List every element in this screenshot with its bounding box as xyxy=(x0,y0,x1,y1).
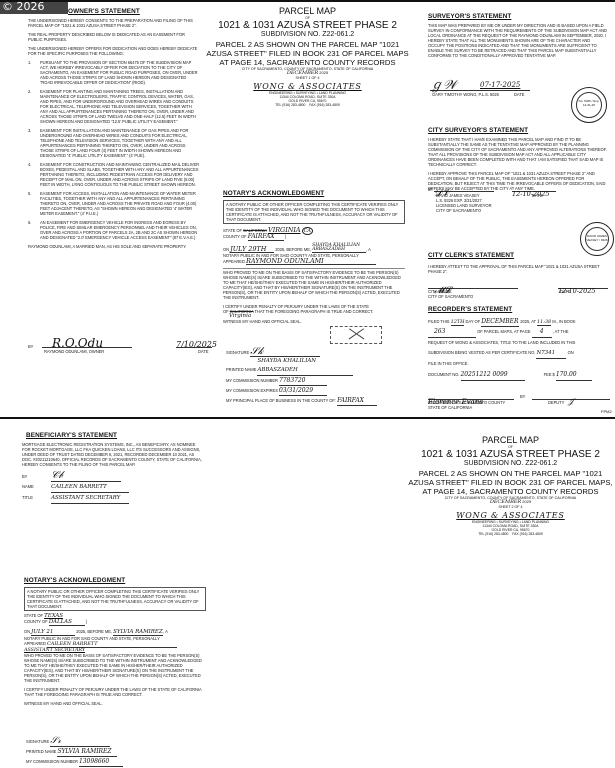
notary-1-notary-name: Shayda Khalilian Abbaszadeh xyxy=(312,244,366,253)
recorders-heading: RECORDER'S STATEMENT xyxy=(428,306,613,313)
owner-line: RAYMOND ODUNLAMI, A MARRIED MAN, AS HIS … xyxy=(28,244,200,249)
dedication-item: 6.AN EASEMENT FOR EMERGENCY VEHICLE FOR … xyxy=(28,220,200,240)
notary-2-appeared: CAILEEN BARRETT xyxy=(47,641,177,648)
notary-2-date: JULY 21 xyxy=(31,629,75,636)
dedication-item-number: 1. xyxy=(28,60,40,85)
deputy-caption: DEPUTY xyxy=(548,400,564,405)
recorder-day-of: DAY OF xyxy=(466,319,481,324)
notary-1-signature: 𝒮𝓀 xyxy=(250,347,320,357)
title-parcel-line-2: AZUSA STREET" FILED IN BOOK 231 OF PARCE… xyxy=(197,49,418,58)
notary-1-signature-label: SIGNATURE xyxy=(226,350,249,355)
city-clerk-date-line: 12-10-2025 xyxy=(558,280,608,289)
city-clerk-signature-block: 𝓜𝓛 12-10-2025 CITY CLERK CITY OF SACRAME… xyxy=(428,280,610,298)
owner-caption: RAYMOND ODUNLAMI, OWNER xyxy=(44,349,104,354)
notary-1-county: Fairfax xyxy=(248,234,284,241)
title-sheet: SHEET 1 OF 4 xyxy=(205,76,410,80)
notary-2-commission-number: 13098660 xyxy=(79,757,123,767)
surveyor-signature-block: ℊ𝒲 07-17-2025 GARY TIMOTHY WONG, P.L.S. … xyxy=(430,78,540,98)
owner-date-caption: DATE xyxy=(198,349,208,354)
notary-2-county: DALLAS xyxy=(49,619,85,626)
notary-1-before-me: 2025, BEFORE ME, xyxy=(275,247,311,252)
notary-2-body: WHO PROVED TO ME ON THE BASIS OF SATISFA… xyxy=(24,653,206,683)
title-2-parcel-line-3: AT PAGE 14, SACRAMENTO COUNTY RECORDS xyxy=(408,487,613,496)
title-subdivision: SUBDIVISION NO. Z22-061.2 xyxy=(205,31,410,38)
notary-1-printed-name-label: PRINTED NAME xyxy=(226,367,256,372)
owners-statement-heading: OWNER'S STATEMENT xyxy=(68,8,200,15)
beneficiary-body: MORTGAGE ELECTRONIC REGISTRATION SYSTEMS… xyxy=(22,442,204,467)
city-clerks-statement: CITY CLERK'S STATEMENT I HEREBY ATTEST T… xyxy=(428,252,610,274)
owners-statement: OWNER'S STATEMENT THE UNDERSIGNED HEREBY… xyxy=(28,8,200,249)
city-surveyor-by: BY xyxy=(428,187,433,192)
recorder-state: STATE OF CALIFORNIA xyxy=(428,405,472,410)
recorder-by: BY xyxy=(520,394,525,399)
notary-2-appeared-label: APPEARED xyxy=(24,641,46,646)
dedication-item-number: 4. xyxy=(28,162,40,187)
sheet-code: FPM2 xyxy=(601,409,612,414)
dedication-item-text: AN EASEMENT FOR EMERGENCY VEHICLE FOR IN… xyxy=(40,220,200,240)
notary-2-on-label: ON xyxy=(24,629,30,634)
dedication-list: 1.PURSUANT TO THE PROVISION OF SECTION 6… xyxy=(28,60,200,240)
dedication-item-text: EASEMENT FOR INSTALLATION AND MAINTENANC… xyxy=(40,128,200,158)
title-parcel-line-3: AT PAGE 14, SACRAMENTO COUNTY RECORDS xyxy=(205,58,410,67)
city-surveyor-signature-line: 𝒟𝒱 xyxy=(434,183,494,192)
notary-1-commission-number: 7783720 xyxy=(279,376,327,386)
recorder-certificate-no: N7341 xyxy=(536,348,566,359)
dedication-item-text: EASEMENT FOR PLANTING AND MAINTAINING TR… xyxy=(40,89,200,124)
surveyors-statement-heading: SURVEYOR'S STATEMENT xyxy=(428,13,608,20)
notary-1-county-label: COUNTY OF xyxy=(223,234,247,239)
notary-2-witness: WITNESS MY HAND AND OFFICIAL SEAL. xyxy=(24,701,206,706)
city-surveyor-date: 12-10-2025 xyxy=(512,190,549,198)
notary-2-before-me: 2025, BEFORE ME, xyxy=(76,629,112,634)
firm-phone: TEL (916) 283-4800 xyxy=(275,103,305,107)
city-surveyor-seal-text: DAVID JAMES VEASEY / 9326 xyxy=(585,227,609,251)
recorder-request-line: REQUEST OF WONG & ASSOCIATES, TITLE TO T… xyxy=(428,338,613,348)
recorder-book: 263 xyxy=(428,327,476,338)
notary-1-on-label: ON xyxy=(223,247,229,252)
city-clerk-signature-line: 𝓜𝓛 xyxy=(428,280,518,289)
recorder-fee-label: FEE $ xyxy=(544,372,555,377)
notary-2-county-label: COUNTY OF xyxy=(24,619,48,624)
beneficiary-statement: BENEFICIARY'S STATEMENT MORTGAGE ELECTRO… xyxy=(22,432,204,504)
notary-1-seal xyxy=(330,326,382,344)
notary-2-commission-number-label: MY COMMISSION NUMBER xyxy=(26,759,78,764)
city-surveyors-statement: CITY SURVEYOR'S STATEMENT I HEREBY STATE… xyxy=(428,127,610,191)
notary-2-heading: NOTARY'S ACKNOWLEDGMENT xyxy=(24,577,206,584)
surveyor-seal-text: No. 5026 / Exp. 12-31-25 xyxy=(576,92,602,118)
dedication-item-text: PURSUANT TO THE PROVISION OF SECTION 664… xyxy=(40,60,200,85)
surveyors-body: THIS MAP WAS PREPARED BY ME OR UNDER MY … xyxy=(428,23,608,58)
city-clerks-heading: CITY CLERK'S STATEMENT xyxy=(428,252,610,259)
recorder-doc-label: DOCUMENT NO. xyxy=(428,372,459,377)
surveyor-signature: ℊ𝒲 xyxy=(430,74,457,93)
notary-1-state-label: STATE OF xyxy=(223,228,242,233)
dedication-item-text: EASEMENT FOR ACCESS, INSTALLATION AND MA… xyxy=(40,191,200,216)
dedication-item-number: 6. xyxy=(28,220,40,240)
notary-1-certify-line-2: THAT THE FOREGOING PARAGRAPH IS TRUE AND… xyxy=(255,309,374,314)
notary-2-printed-name-label: PRINTED NAME xyxy=(26,749,56,754)
notary-2-printed-name: Sylvia Ramirez xyxy=(57,747,117,757)
firm-name: WONG & ASSOCIATES xyxy=(205,82,410,91)
notary-1-commission-expires-label: MY COMMISSION EXPIRES xyxy=(226,388,278,393)
recorder-month: December xyxy=(481,318,519,327)
beneficiary-name-label: NAME xyxy=(22,482,50,492)
recorder-at-the: , AT THE xyxy=(553,329,569,334)
notary-2-signature-label: SIGNATURE xyxy=(26,739,49,744)
owner-date-line: 7/10/2025 xyxy=(176,334,212,348)
city-surveyor-signature-block: BY 𝒟𝒱 12-10-2025 DATE DAVID JAMES VEASEY… xyxy=(428,183,568,223)
city-clerk-org: CITY OF SACRAMENTO xyxy=(428,294,473,299)
surveyor-signature-line: ℊ𝒲 07-17-2025 xyxy=(430,80,530,91)
title-2-parcel-line-2: AZUSA STREET" FILED IN BOOK 231 OF PARCE… xyxy=(400,478,615,487)
notary-2-fields: SIGNATURE 𝒮𝓇 PRINTED NAME Sylvia Ramirez… xyxy=(26,737,206,767)
dedication-item-number: 3. xyxy=(28,128,40,158)
beneficiary-title-label: TITLE xyxy=(22,493,50,503)
dedication-item-number: 5. xyxy=(28,191,40,216)
recorder-filed-prefix: FILED THIS xyxy=(428,319,450,324)
dedication-item-number: 2. xyxy=(28,89,40,124)
beneficiary-title: ASSISTANT SECRETARY xyxy=(51,493,129,504)
notary-1-appeared: Raymond Odunlami xyxy=(246,258,376,265)
notary-1-certify-of: OF xyxy=(223,309,229,314)
city-surveyor-org: CITY OF SACRAMENTO xyxy=(436,208,481,213)
title-2-subdivision: SUBDIVISION NO. Z22-061.2 xyxy=(408,460,613,467)
beneficiary-signature: 𝒞𝒷 xyxy=(51,471,121,482)
notary-2-certify: I CERTIFY UNDER PENALTY OF PERJURY UNDER… xyxy=(24,687,206,697)
dedication-item-text: EASEMENT FOR CONSTRUCTION AND MAINTAININ… xyxy=(40,162,200,187)
sheet-divider xyxy=(0,417,615,419)
surveyors-statement: SURVEYOR'S STATEMENT THIS MAP WAS PREPAR… xyxy=(428,13,608,58)
notary-acknowledgment-2: NOTARY'S ACKNOWLEDGMENT A NOTARY PUBLIC … xyxy=(24,577,206,706)
notary-1-commission-expires: 03/31/2029 xyxy=(279,386,327,396)
city-surveyors-p1: I HEREBY STATE THAT I HAVE EXAMINED THIS… xyxy=(428,137,610,167)
recorders-statement: RECORDER'S STATEMENT FILED THIS 12th DAY… xyxy=(428,306,613,381)
page-top-border xyxy=(0,0,615,2)
sheet-1-title-block: PARCEL MAP OF 1021 & 1031 AZUSA STREET P… xyxy=(205,6,410,107)
owner-signature-block: BY R.O.Odu RAYMOND ODUNLAMI, OWNER 7/10/… xyxy=(28,330,208,354)
notary-1-principal-place-label: MY PRINCIPAL PLACE OF BUSINESS IN THE CO… xyxy=(226,398,336,403)
recorder-of-parcel-maps: OF PARCEL MAPS, AT PAGE xyxy=(477,329,530,334)
firm-2-name: WONG & ASSOCIATES xyxy=(408,511,613,520)
owner-signature-line: R.O.Odu xyxy=(42,334,132,348)
notary-1-state-abbr: CA xyxy=(302,227,313,235)
dedication-item: 3.EASEMENT FOR INSTALLATION AND MAINTENA… xyxy=(28,128,200,158)
notary-1-disclaimer-box: A NOTARY PUBLIC OR OTHER OFFICER COMPLET… xyxy=(223,200,405,224)
owners-p3: THE UNDERSIGNED HEREBY OFFERS FOR DEDICA… xyxy=(28,46,200,56)
notary-1-fields: SIGNATURE 𝒮𝓀 PRINTED NAME Shayda Khalili… xyxy=(226,347,406,406)
title-2-year: 2025 xyxy=(522,499,531,504)
beneficiary-by-label: BY xyxy=(22,472,50,482)
title-street: 1021 & 1031 AZUSA STREET PHASE 2 xyxy=(205,20,410,31)
recorder-subdivision-line: SUBDIVISION BEING VESTED AS PER CERTIFIC… xyxy=(428,350,535,355)
notary-1-appeared-label: APPEARED xyxy=(223,259,245,264)
dedication-item: 5.EASEMENT FOR ACCESS, INSTALLATION AND … xyxy=(28,191,200,216)
surveyor-date: 07-17-2025 xyxy=(480,81,520,89)
owners-p2: THE REAL PROPERTY DESCRIBED BELOW IS DED… xyxy=(28,32,200,42)
firm-2-fax: FAX (916) 283-4809 xyxy=(512,532,543,536)
dedication-item: 4.EASEMENT FOR CONSTRUCTION AND MAINTAIN… xyxy=(28,162,200,187)
notary-1-commission-number-label: MY COMMISSION NUMBER xyxy=(226,378,278,383)
notary-1-witness: WITNESS MY HAND AND OFFICIAL SEAL. xyxy=(223,319,405,324)
recorder-in-book: M., IN BOOK xyxy=(552,319,575,324)
title-2-parcel-line-1: PARCEL 2 AS SHOWN ON THE PARCEL MAP "102… xyxy=(408,469,613,478)
beneficiary-name: CAILEEN BARRETT xyxy=(51,482,129,493)
notary-1-principal-place: Fairfax xyxy=(337,396,377,406)
city-surveyor-date-line: 12-10-2025 xyxy=(512,183,556,192)
recorder-signature-line: Florence Evans xyxy=(428,391,514,400)
recorder-year-at: 2025, AT xyxy=(520,319,536,324)
sheet-2-title-block: PARCEL MAP OF 1021 & 1031 AZUSA STREET P… xyxy=(408,435,613,536)
title-parcel-map: PARCEL MAP xyxy=(205,6,410,16)
owners-p1: THE UNDERSIGNED HEREBY CONSENTS TO THE P… xyxy=(28,18,200,28)
recorder-doc-number: 20251212 0099 xyxy=(461,369,525,381)
owner-date: 7/10/2025 xyxy=(176,340,217,349)
recorder-on: ON xyxy=(568,350,574,355)
notary-2-notary-name: Sylvia Ramirez xyxy=(113,629,163,636)
title-2-street: 1021 & 1031 AZUSA STREET PHASE 2 xyxy=(408,449,613,460)
notary-1-date: July 29th xyxy=(230,246,274,253)
city-surveyor-date-caption: DATE xyxy=(532,193,542,198)
recorder-signature-block: Florence Evans BY 𝒥 RECORDER OF SACRAMEN… xyxy=(428,391,613,411)
notary-2-disclaimer-box: A NOTARY PUBLIC OR OTHER OFFICER COMPLET… xyxy=(24,587,206,611)
notary-1-printed-name: Shayda Khalilian Abbaszadeh xyxy=(257,357,353,376)
surveyor-seal: No. 5026 / Exp. 12-31-25 xyxy=(571,87,607,123)
deputy-signature: 𝒥 xyxy=(568,397,574,406)
deputy-signature-line: 𝒥 xyxy=(532,391,610,400)
notary-acknowledgment-1: NOTARY'S ACKNOWLEDGMENT A NOTARY PUBLIC … xyxy=(223,190,405,324)
recorder-file-line: FILE IN THIS OFFICE. xyxy=(428,359,613,369)
city-clerks-body: I HEREBY ATTEST TO THE APPROVAL OF THIS … xyxy=(428,264,610,274)
notary-1-heading: NOTARY'S ACKNOWLEDGMENT xyxy=(223,190,405,197)
title-parcel-line-1: PARCEL 2 AS SHOWN ON THE PARCEL MAP "102… xyxy=(205,40,410,49)
surveyor-date-caption: DATE xyxy=(514,92,524,97)
city-clerk-date-caption: DATE xyxy=(560,289,570,294)
recorder-fee: 170.00 xyxy=(556,369,592,381)
owner-signature: R.O.Odu xyxy=(52,336,103,350)
notary-2-state-label: STATE OF xyxy=(24,613,43,618)
title-2-parcel-map: PARCEL MAP xyxy=(408,435,613,445)
notary-2-signature: 𝒮𝓇 xyxy=(50,737,110,747)
owner-by-label: BY xyxy=(28,344,33,349)
title-2-sheet: SHEET 2 OF 4 xyxy=(408,505,613,509)
recorder-day: 12th xyxy=(451,319,465,326)
surveyor-caption: GARY TIMOTHY WONG, P.L.S. 5026 xyxy=(432,92,499,97)
title-year: 2025 xyxy=(319,70,328,75)
firm-fax: FAX (916) 283-4809 xyxy=(309,103,340,107)
beneficiary-heading: BENEFICIARY'S STATEMENT xyxy=(26,432,204,439)
city-surveyor-seal: DAVID JAMES VEASEY / 9326 xyxy=(580,222,614,256)
dedication-item: 2.EASEMENT FOR PLANTING AND MAINTAINING … xyxy=(28,89,200,124)
city-surveyors-heading: CITY SURVEYOR'S STATEMENT xyxy=(428,127,610,134)
firm-2-phone: TEL (916) 283-4800 xyxy=(478,532,508,536)
dedication-item: 1.PURSUANT TO THE PROVISION OF SECTION 6… xyxy=(28,60,200,85)
recorder-time: 11:38 xyxy=(537,319,551,326)
recorder-page: 4 xyxy=(532,327,552,338)
notary-1-body: WHO PROVED TO ME ON THE BASIS OF SATISFA… xyxy=(223,268,405,300)
